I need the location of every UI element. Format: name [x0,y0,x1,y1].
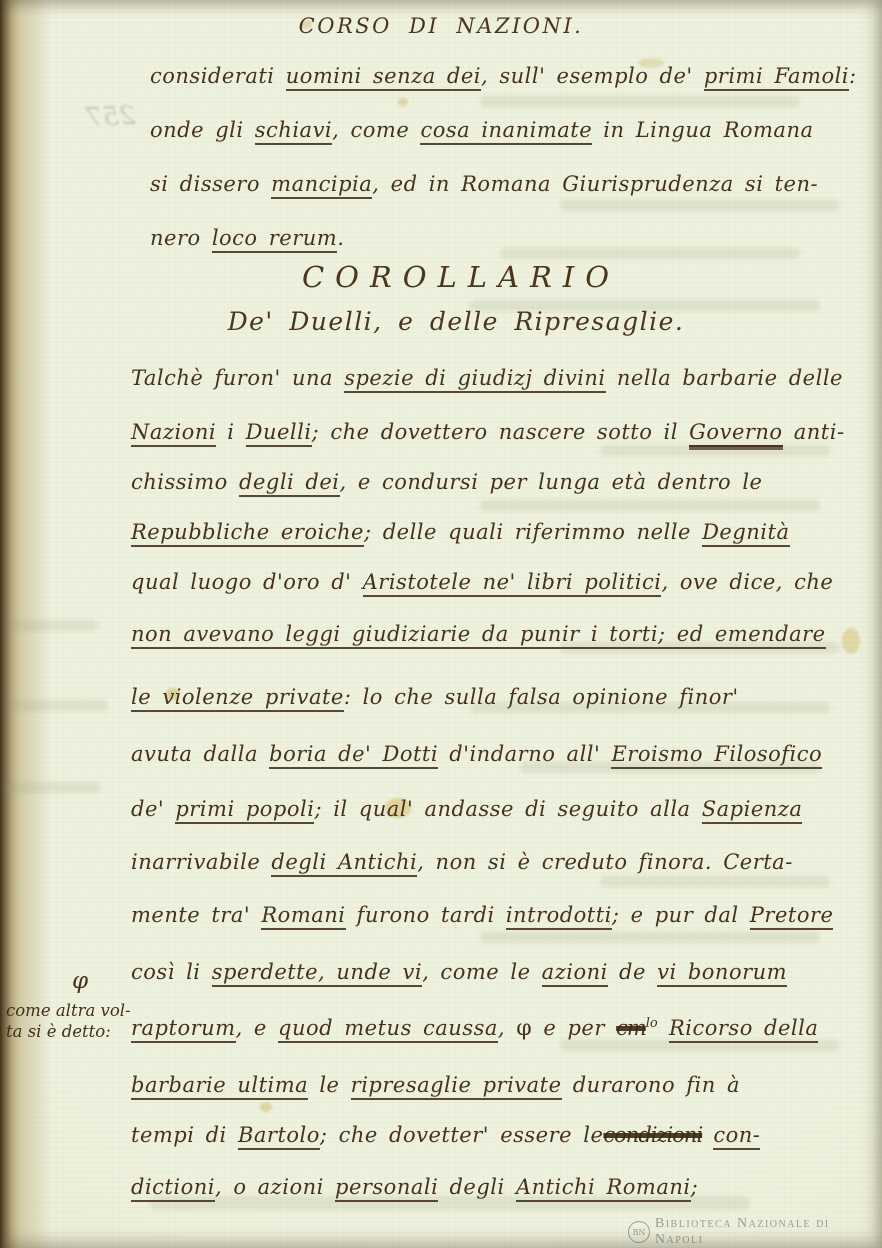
text-segment: , e condursi per lunga età dentro le [340,470,763,494]
underlined-text: cosa inanimate [420,118,592,143]
text-line: Nazioni i Duelli; che dovettero nascere … [131,420,845,444]
underlined-text: boria de' Dotti [269,742,438,767]
text-line: raptorum, e quod metus caussa, φ e per c… [131,1016,818,1041]
text-segment: considerati [150,64,286,88]
text-segment [658,1016,669,1040]
text-segment: , come le [422,960,542,984]
underlined-text: primi Famoli [704,64,849,89]
underlined-text: Romani [261,903,345,928]
text-segment: de' [131,797,175,821]
text-segment: , o azioni [215,1175,335,1199]
struck-text: condizioni [603,1123,702,1147]
library-emblem-icon: BN [628,1221,650,1243]
insertion-mark: φ [72,968,88,994]
underlined-text: Degnità [702,520,789,545]
text-segment: furono tardi [346,903,506,927]
text-line: considerati uomini senza dei, sull' esem… [150,64,857,88]
underlined-text: dictioni [131,1175,215,1200]
text-segment: , ove dice, che [661,570,833,594]
bleed-through-smudge [8,700,108,711]
text-line: così li sperdette, unde vi, come le azio… [131,960,787,984]
text-segment: de [608,960,657,984]
library-stamp: BN Biblioteca Nazionale di Napoli [628,1216,882,1248]
underlined-text: schiavi [255,118,332,143]
underlined-text: Eroismo Filosofico [611,742,822,767]
underlined-text: quod metus caussa [278,1016,498,1041]
struck-text: cm [616,1016,646,1040]
paper-stain [398,98,408,106]
margin-note: come altra vol- ta si è detto: [6,1000,138,1043]
underlined-text: mancipia [271,172,372,197]
underlined-text: non avevano leggi giudiziarie da punir i… [131,622,826,647]
bleed-through-smudge [480,96,800,107]
underlined-text: degli dei [239,470,340,495]
text-segment: nella barbarie delle [606,366,843,390]
text-segment: avuta dalla [131,742,269,766]
text-line: chissimo degli dei, e condursi per lunga… [131,470,762,494]
text-segment: qual luogo d'oro d' [131,570,363,594]
underlined-text: spezie di giudizj divini [344,366,605,391]
text-segment [702,1123,713,1147]
underlined-text: degli Antichi [271,850,417,875]
underlined-text: raptorum [131,1016,236,1041]
text-line: dictioni, o azioni personali degli Antic… [131,1175,698,1199]
text-segment: i [216,420,246,444]
text-line: de' primi popoli; il qual' andasse di se… [131,797,802,821]
underlined-text: Antichi Romani [516,1175,691,1200]
bleed-through-smudge [600,876,830,887]
text-segment: le [308,1073,351,1097]
text-line: mente tra' Romani furono tardi introdott… [131,903,833,927]
text-line: avuta dalla boria de' Dotti d'indarno al… [131,742,822,766]
underlined-text: con- [713,1123,760,1148]
text-line: qual luogo d'oro d' Aristotele ne' libri… [131,570,833,594]
text-segment: tempi di [131,1123,238,1147]
bleed-through-smudge [480,932,820,943]
text-line: nero loco rerum. [150,226,344,250]
text-segment: , sull' esemplo de' [481,64,704,88]
underlined-text: loco rerum [212,226,337,251]
text-segment: mente tra' [131,903,261,927]
page-header: CORSO DI NAZIONI. [0,14,882,38]
bleed-through-smudge [560,200,840,211]
bleed-through-smudge [600,445,830,456]
bleed-through-smudge [4,782,100,793]
text-segment: ; il qual' andasse di seguito alla [314,797,701,821]
bleed-through-smudge [8,620,98,631]
bleed-through-smudge [480,500,820,511]
library-stamp-text: Biblioteca Nazionale di Napoli [655,1216,882,1248]
manuscript-page: 257 CORSO DI NAZIONI. considerati uomini… [0,0,882,1248]
underlined-text: barbarie ultima [131,1073,308,1098]
text-segment: ; [691,1175,699,1199]
text-segment: , [498,1016,516,1040]
underlined-text: Governo [689,420,782,445]
paper-stain [260,1102,272,1112]
text-segment: durarono fin à [562,1073,740,1097]
text-segment: , e [236,1016,278,1040]
text-segment: degli [438,1175,516,1199]
underlined-text: vi bonorum [657,960,787,985]
bleed-page-number: 257 [85,101,136,134]
underlined-text: Ricorso della [669,1016,818,1041]
underlined-text: ripresaglie private [351,1073,562,1098]
text-segment: , ed in Romana Giurisprudenza si ten- [372,172,818,196]
text-line: onde gli schiavi, come cosa inanimate in… [150,118,814,142]
text-line: inarrivabile degli Antichi, non si è cre… [131,850,793,874]
text-segment: : lo che sulla falsa opinione finor' [344,685,739,709]
text-segment: anti- [783,420,845,444]
text-line: barbarie ultima le ripresaglie private d… [131,1073,740,1097]
underlined-text: Duelli [246,420,312,445]
bleed-through-smudge [500,248,800,259]
text-segment: , non si è creduto finora. Certa- [417,850,793,874]
interlinear-insertion: lo [646,1016,658,1031]
text-segment: ; delle quali riferimmo nelle [364,520,702,544]
underlined-text: le violenze private [131,685,344,710]
underlined-text: personali [335,1175,438,1200]
underlined-text: Bartolo [238,1123,320,1148]
underlined-text: sperdette, unde vi [212,960,422,985]
underlined-text: introdotti [506,903,612,928]
underlined-text: Nazioni [131,420,216,445]
underlined-text: Pretore [750,903,834,928]
text-line: si dissero mancipia, ed in Romana Giuris… [150,172,818,196]
text-segment: ; che dovetter' essere le [320,1123,604,1147]
section-heading: COROLLARIO [40,260,882,294]
text-segment: Talchè furon' una [131,366,344,390]
underlined-text: uomini senza dei [286,64,481,89]
text-line: tempi di Bartolo; che dovetter' essere l… [131,1123,760,1147]
underlined-text: Repubbliche eroiche [131,520,364,545]
margin-note-line: come altra vol- [6,1000,138,1021]
text-segment: e per [532,1016,616,1040]
text-segment: così li [131,960,212,984]
margin-note-line: ta si è detto: [6,1021,138,1042]
text-segment: nero [150,226,212,250]
binding-edge [0,0,52,1248]
text-segment: . [337,226,344,250]
underlined-text: azioni [542,960,608,985]
text-segment: in Lingua Romana [592,118,813,142]
text-segment: : [849,64,857,88]
text-segment: ; che dovettero nascere sotto il [312,420,690,444]
bleed-through-smudge [560,1040,840,1051]
text-segment: onde gli [150,118,255,142]
insertion-mark: φ [516,1016,532,1041]
text-segment: si dissero [150,172,271,196]
text-segment: inarrivabile [131,850,271,874]
text-segment: ; e pur dal [612,903,750,927]
text-line: non avevano leggi giudiziarie da punir i… [131,622,826,646]
paper-stain [842,628,860,654]
text-line: le violenze private: lo che sulla falsa … [131,685,739,709]
text-segment: d'indarno all' [438,742,611,766]
underlined-text: Aristotele ne' libri politici [363,570,662,595]
text-segment: , come [332,118,420,142]
section-subheading: De' Duelli, e delle Ripresaglie. [30,307,882,336]
underlined-text: Sapienza [702,797,803,822]
text-line: Repubbliche eroiche; delle quali riferim… [131,520,790,544]
text-segment: chissimo [131,470,239,494]
text-line: Talchè furon' una spezie di giudizj divi… [131,366,843,390]
underlined-text: primi popoli [175,797,314,822]
